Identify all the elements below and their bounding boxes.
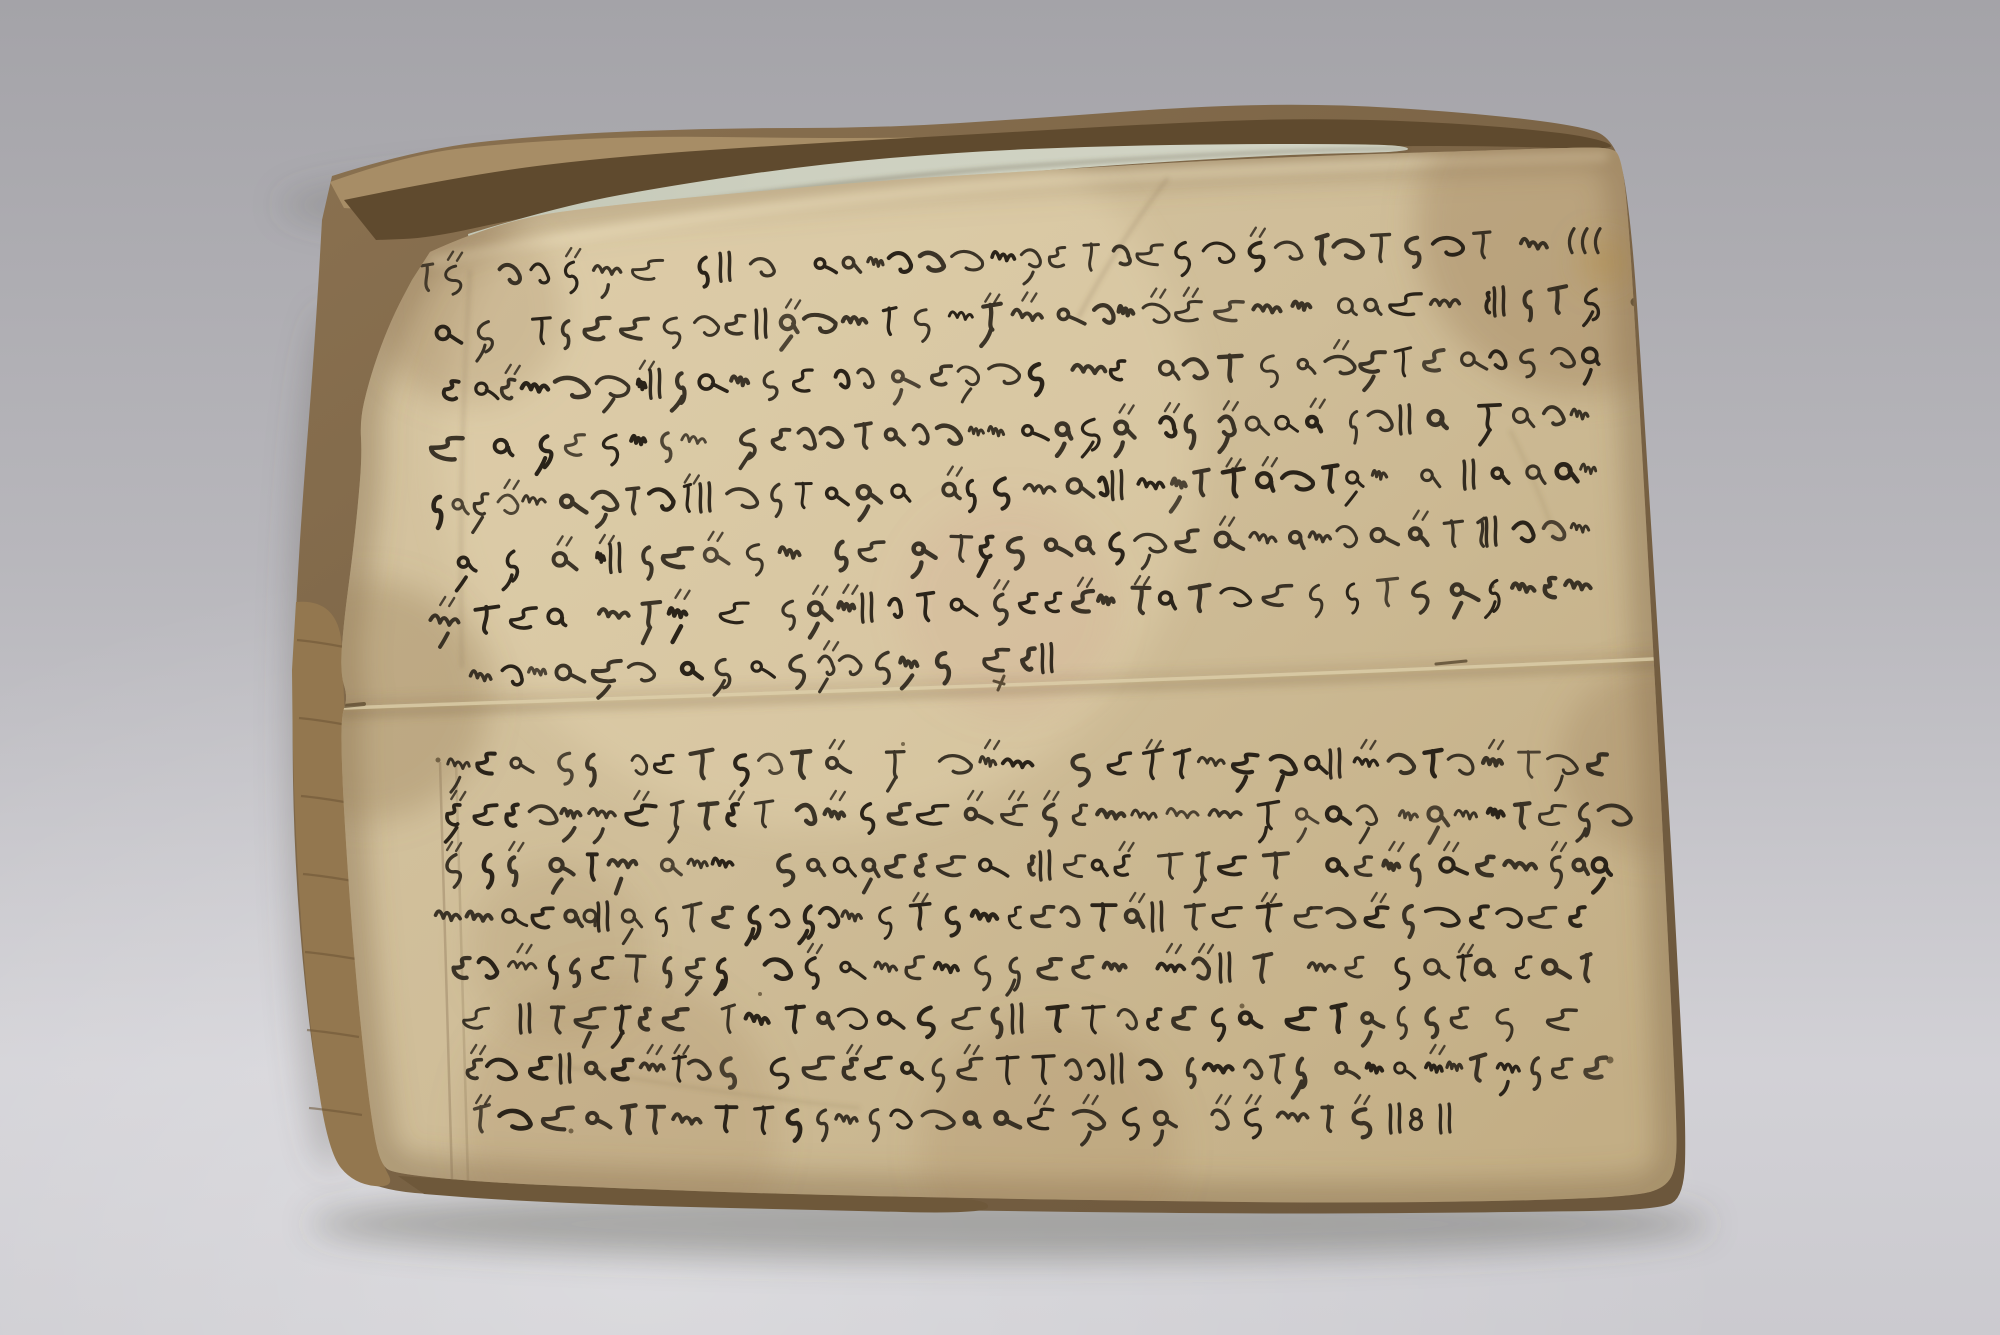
- ink-speck: [569, 1129, 574, 1134]
- fold-crease-line: [344, 704, 364, 706]
- handwritten-stroke: [638, 380, 646, 390]
- manuscript-photo-svg: [0, 0, 2000, 1335]
- ink-speck: [901, 742, 905, 746]
- paper-stain: [1580, 238, 1628, 286]
- ink-speck: [436, 758, 441, 763]
- manuscript-photograph: [0, 0, 2000, 1335]
- ink-speck: [758, 992, 762, 996]
- ink-speck: [1240, 1004, 1245, 1009]
- manuscript-book: [248, 55, 1755, 1290]
- main-page: [248, 55, 1755, 1290]
